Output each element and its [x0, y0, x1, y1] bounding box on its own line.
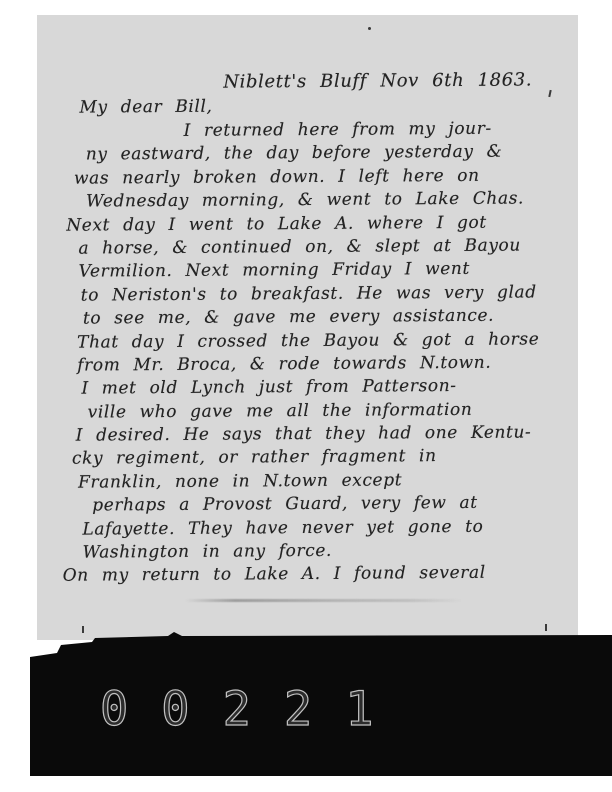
letter-body-line: to see me, & gave me every assistance.	[83, 304, 578, 331]
handwriting-block: Niblett's Bluff Nov 6th 1863. My dear Bi…	[35, 13, 580, 642]
frame-counter-digit: 1	[345, 686, 373, 733]
letter-body-line: ny eastward, the day before yesterday &	[86, 141, 577, 168]
frame-counter-digit: 0	[100, 686, 128, 733]
microfilm-footer-band: 00221	[0, 630, 612, 776]
letter-body-line: Wednesday morning, & went to Lake Chas.	[86, 187, 577, 214]
letter-body-line: Franklin, none in N.town except	[78, 468, 579, 495]
letter-dateline: Niblett's Bluff Nov 6th 1863.	[223, 69, 576, 92]
letter-body-line: That day I crossed the Bayou & got a hor…	[77, 328, 578, 355]
letter-body-line: Next day I went to Lake A. where I got	[66, 211, 577, 238]
letter-body-line: Washington in any force.	[82, 538, 579, 565]
letter-body-line: On my return to Lake A. I found several	[63, 562, 580, 589]
letter-body-line: Lafayette. They have never yet gone to	[82, 515, 579, 542]
letter-body-line: was nearly broken down. I left here on	[74, 164, 577, 191]
pencil-smudge-line	[185, 599, 463, 602]
frame-counter-digit: 0	[161, 686, 189, 733]
scan-tick-right	[545, 624, 547, 631]
scanned-letter-screenshot: { "scan": { "paper_color": "#d8d8d8", "i…	[0, 0, 612, 792]
scanned-letter-page: Niblett's Bluff Nov 6th 1863. My dear Bi…	[37, 15, 578, 640]
letter-body: I returned here from my jour-ny eastward…	[36, 117, 580, 589]
frame-counter: 00221	[100, 686, 373, 733]
frame-counter-digit: 2	[284, 686, 312, 733]
letter-body-line: Vermilion. Next morning Friday I went	[79, 257, 578, 284]
letter-body-line: ville who gave me all the information	[88, 398, 579, 425]
scan-speck	[368, 27, 371, 30]
letter-body-line: to Neriston's to breakfast. He was very …	[81, 281, 578, 308]
letter-body-line: perhaps a Provost Guard, very few at	[92, 491, 579, 518]
letter-body-line: cky regiment, or rather fragment in	[72, 445, 579, 472]
letter-body-line: I met old Lynch just from Patterson-	[81, 374, 578, 401]
letter-body-line: a horse, & continued on, & slept at Bayo…	[78, 234, 577, 261]
scan-tick-left	[82, 626, 84, 633]
frame-counter-digit: 2	[223, 686, 251, 733]
letter-body-line: I desired. He says that they had one Ken…	[76, 421, 579, 448]
letter-body-line: from Mr. Broca, & rode towards N.town.	[77, 351, 578, 378]
letter-salutation: My dear Bill,	[79, 94, 576, 117]
letter-body-line: I returned here from my jour-	[184, 117, 577, 143]
